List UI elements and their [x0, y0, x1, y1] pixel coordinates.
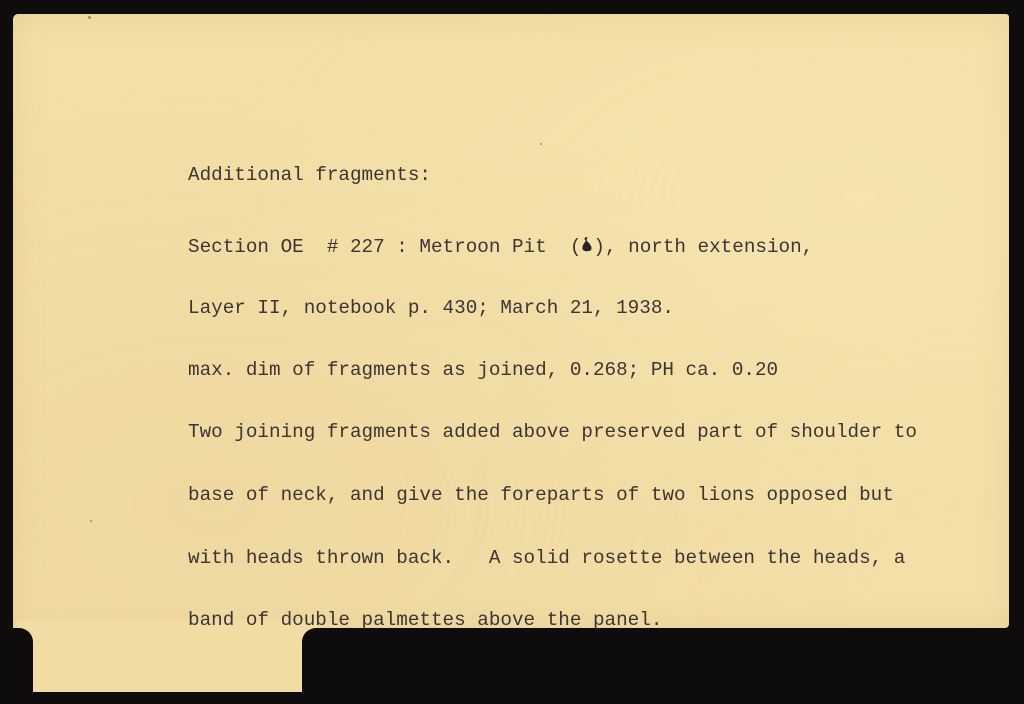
tab-notch-left — [13, 628, 33, 692]
paper-speck — [90, 520, 92, 522]
description-line-3: with heads thrown back. A solid rosette … — [188, 549, 917, 567]
description-line-1: Two joining fragments added above preser… — [188, 423, 917, 442]
section-line: Section OE # 227 : Metroon Pit (), north… — [188, 236, 917, 255]
paper-speck — [88, 16, 91, 19]
dimensions-line: max. dim of fragments as joined, 0.268; … — [188, 361, 917, 379]
section-text: Section OE # 227 : Metroon Pit ( — [188, 236, 581, 258]
section-text-end: ), north extension, — [593, 236, 813, 258]
layer-line: Layer II, notebook p. 430; March 21, 193… — [188, 299, 917, 317]
description-line-4: band of double palmettes above the panel… — [188, 611, 917, 629]
card-heading: Additional fragments: — [188, 166, 917, 185]
scan-background: Additional fragments: Section OE # 227 :… — [0, 0, 1024, 704]
vase-symbol-icon — [581, 236, 593, 253]
typed-card-text: Additional fragments: Section OE # 227 :… — [188, 122, 917, 673]
description-line-2: base of neck, and give the foreparts of … — [188, 486, 917, 505]
